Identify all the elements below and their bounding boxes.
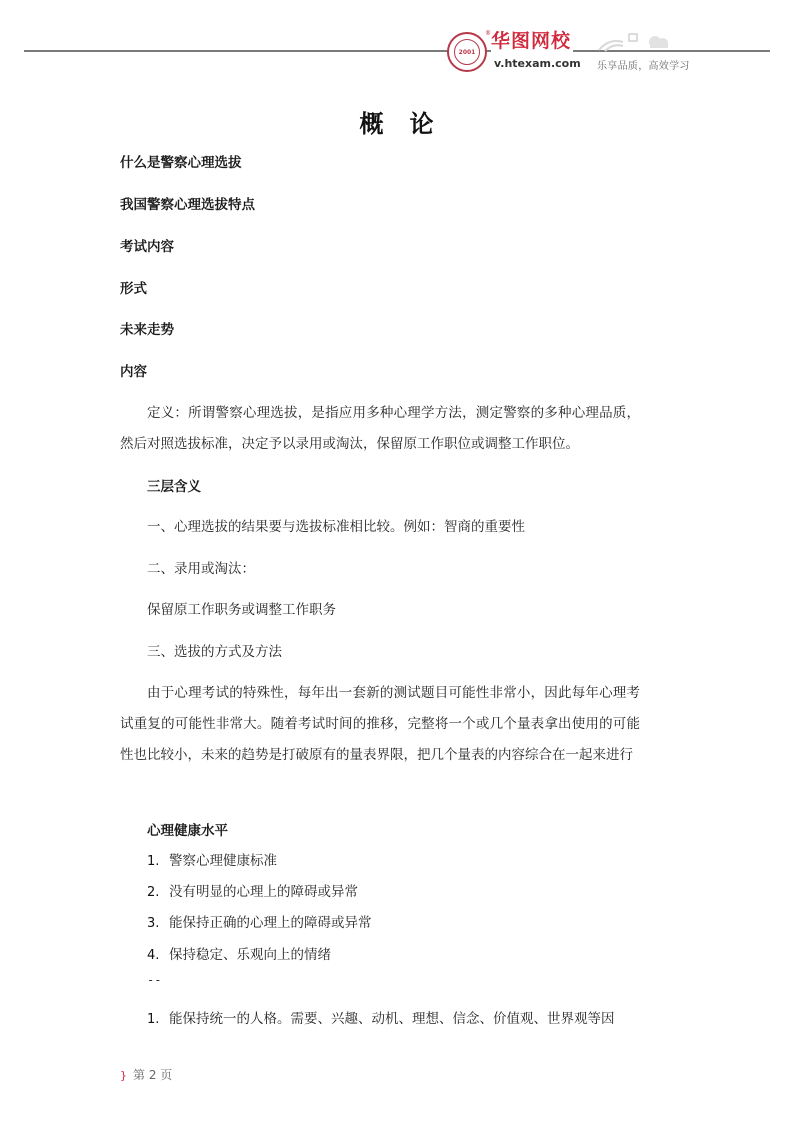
toc-item: 形式 — [120, 280, 147, 298]
list-number: 4. — [147, 947, 169, 965]
toc-item: 我国警察心理选拔特点 — [120, 196, 255, 214]
list-item: 2.没有明显的心理上的障碍或异常 — [147, 883, 358, 902]
emblem-year: 2001 — [454, 39, 480, 65]
list-item: 1.警察心理健康标准 — [147, 852, 277, 871]
list-number: 1. — [147, 1011, 169, 1029]
list-item: 4.保持稳定、乐观向上的情绪 — [147, 946, 331, 965]
list-number: 2. — [147, 884, 169, 902]
brand-name: 华图网校 — [491, 30, 573, 52]
list-text: 能保持正确的心理上的障碍或异常 — [169, 915, 372, 931]
page-number: 第 2 页 — [133, 1068, 172, 1082]
emblem-icon: 2001 — [447, 32, 487, 72]
mental-health-heading: 心理健康水平 — [147, 822, 228, 840]
list-text: 没有明显的心理上的障碍或异常 — [169, 884, 358, 900]
page-title: 概论 — [0, 104, 793, 139]
footer-bracket-icon: } — [120, 1069, 127, 1082]
list-item: 3.能保持正确的心理上的障碍或异常 — [147, 914, 372, 933]
toc-item: 考试内容 — [120, 238, 174, 256]
page-footer: }第 2 页 — [120, 1067, 172, 1084]
meaning-item: 三、选拔的方式及方法 — [147, 643, 282, 661]
list-number: 3. — [147, 915, 169, 933]
list-text: 保持稳定、乐观向上的情绪 — [169, 947, 331, 963]
trend-paragraph: 由于心理考试的特殊性，每年出一套新的测试题目可能性非常小，因此每年心理考试重复的… — [120, 678, 640, 771]
list-item: 1.能保持统一的人格。需要、兴趣、动机、理想、信念、价值观、世界观等因 — [147, 1010, 615, 1029]
meaning-item: 保留原工作职务或调整工作职务 — [147, 601, 336, 619]
list-text: 警察心理健康标准 — [169, 853, 277, 869]
brand-logo: 2001 ® 华图网校 v.htexam.com 乐享品质，高效学习 — [447, 30, 697, 78]
three-meanings-heading: 三层含义 — [147, 478, 201, 496]
list-number: 1. — [147, 853, 169, 871]
definition-paragraph: 定义：所谓警察心理选拔，是指应用多种心理学方法，测定警察的多种心理品质，然后对照… — [120, 398, 640, 460]
brand-url: v.htexam.com — [494, 57, 581, 71]
title-char: 论 — [410, 104, 434, 139]
brand-slogan: 乐享品质，高效学习 — [597, 60, 690, 74]
separator-dashes: -- — [147, 973, 161, 987]
toc-item: 什么是警察心理选拔 — [120, 154, 242, 172]
toc-item: 未来走势 — [120, 321, 174, 339]
wifi-cloud-decoration-icon — [595, 32, 675, 52]
meaning-item: 二、录用或淘汰： — [147, 560, 255, 578]
list-text: 能保持统一的人格。需要、兴趣、动机、理想、信念、价值观、世界观等因 — [169, 1011, 615, 1027]
toc-item: 内容 — [120, 363, 147, 381]
title-char: 概 — [360, 104, 384, 139]
meaning-item: 一、心理选拔的结果要与选拔标准相比较。例如：智商的重要性 — [147, 518, 525, 536]
